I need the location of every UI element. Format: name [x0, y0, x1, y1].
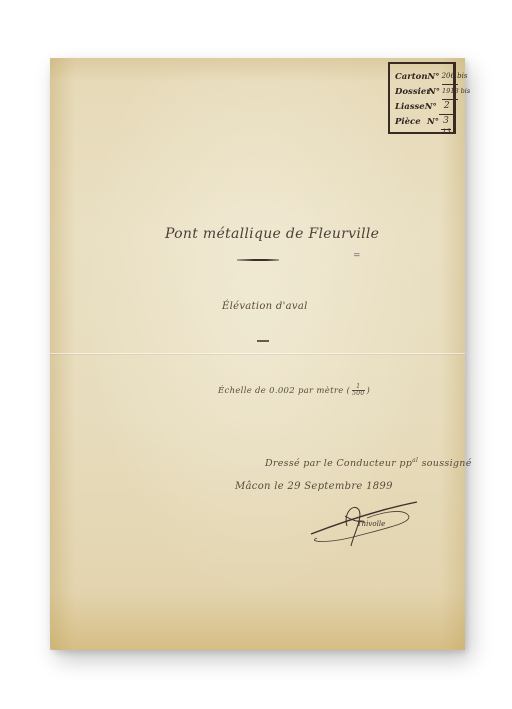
stamp-number-sign: N° [428, 85, 440, 100]
place-and-date: Mâcon le 29 Septembre 1899 [235, 481, 393, 492]
stamp-label: Liasse [395, 100, 425, 115]
stamp-label: Dossier [395, 85, 428, 100]
archive-reference-stamp: Carton N° 206 bis Dossier N° 1918 bis Li… [388, 62, 456, 134]
stamp-number-sign: N° [425, 100, 437, 115]
document-title: Pont métallique de Fleurville [165, 226, 379, 242]
stamp-row-piece: Pièce N° 3 13 [395, 115, 451, 130]
drawn-by-suffix: soussigné [418, 458, 471, 469]
scale-fraction: 1500 [352, 384, 364, 397]
stamp-number-sign: N° [428, 70, 440, 85]
archival-document-sheet: Carton N° 206 bis Dossier N° 1918 bis Li… [50, 58, 465, 650]
document-subtitle: Élévation d'aval [222, 301, 308, 312]
stamp-value-carton: 206 bis [442, 70, 458, 85]
stamp-label: Carton [395, 70, 428, 85]
scale-note: Échelle de 0.002 par mètre (1500) [218, 384, 370, 397]
stamp-value-piece-total: 13 [442, 125, 451, 140]
drawn-by-text: Dressé par le Conducteur pp [265, 458, 412, 469]
stamp-row-carton: Carton N° 206 bis [395, 70, 451, 85]
title-mark: = [353, 251, 361, 261]
title-underline [237, 259, 279, 261]
scale-fraction-denominator: 500 [352, 391, 364, 397]
scale-close: ) [367, 386, 371, 396]
scale-text: Échelle de 0.002 par mètre ( [218, 386, 350, 396]
stamp-row-dossier: Dossier N° 1918 bis [395, 85, 451, 100]
signature-name: Thivolle [357, 520, 385, 528]
stamp-row-liasse: Liasse N° 2 [395, 100, 451, 115]
drawn-by-line: Dressé par le Conducteur ppal soussigné [265, 457, 472, 469]
stamp-value-liasse: 2 [439, 100, 455, 115]
stamp-label: Pièce [395, 115, 427, 130]
subtitle-underline [257, 340, 269, 342]
paper-fold-line [50, 353, 465, 354]
stamp-number-sign: N° [427, 115, 439, 130]
stamp-value-dossier: 1918 bis [442, 85, 458, 100]
signature-flourish: Thivolle [307, 496, 422, 548]
